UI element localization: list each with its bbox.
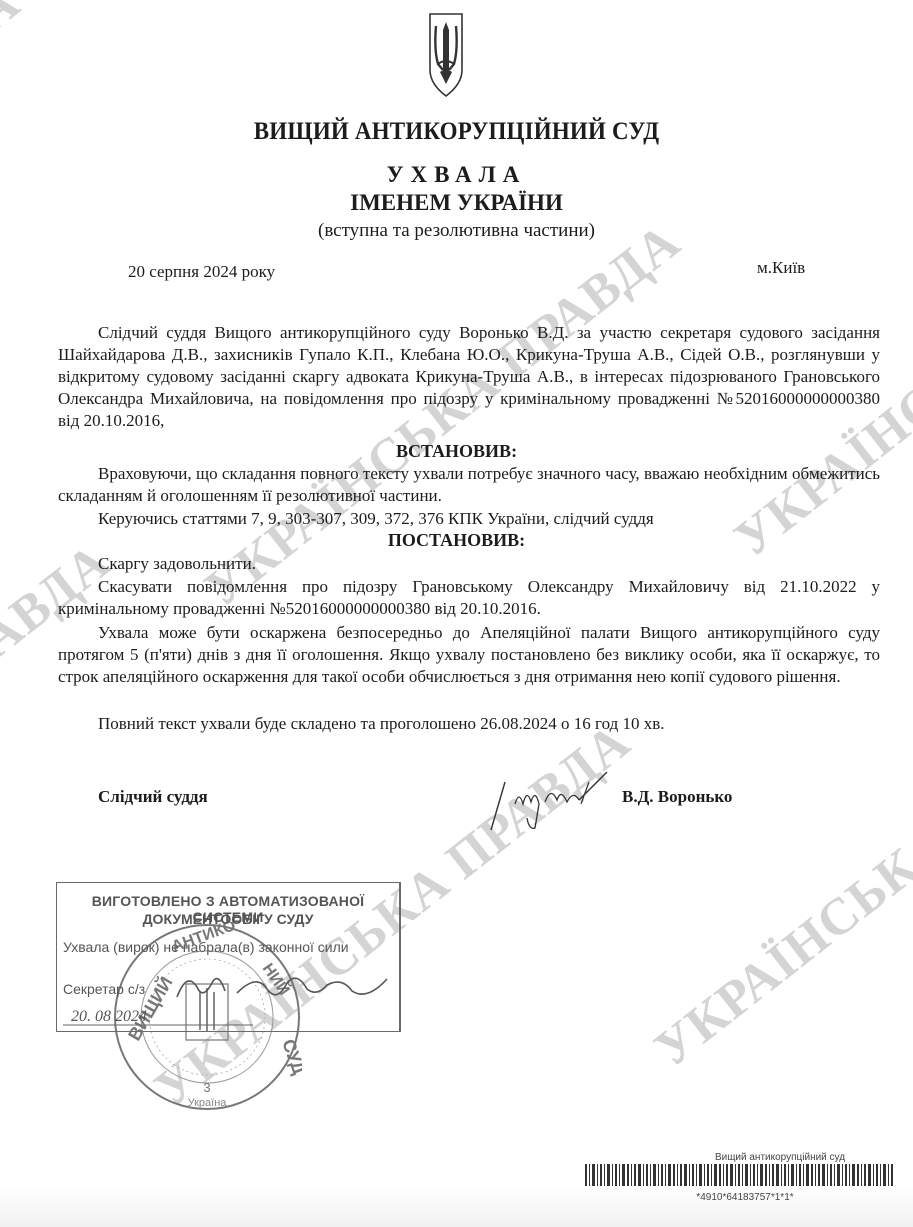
document-type: УХВАЛА [0,162,913,188]
court-name: ВИЩИЙ АНТИКОРУПЦІЙНИЙ СУД [37,118,877,146]
intro-paragraph: Слідчий суддя Вищого антикорупційного су… [58,322,880,432]
resolved-item: Скаргу задовольнити. [58,553,880,575]
svg-text:3: 3 [203,1080,210,1095]
stamp-secretary-label: Секретар с/з [63,981,145,997]
barcode-bars-icon [585,1164,895,1186]
stamp-line-3: Ухвала (вирок) не набрала(в) законної си… [63,939,349,955]
established-text: Враховуючи, що складання повного тексту … [58,463,880,507]
document-parts: (вступна та резолютивна частини) [0,220,913,242]
established-heading: ВСТАНОВИВ: [0,441,913,462]
svg-text:20. 08 2024: 20. 08 2024 [71,1008,147,1025]
barcode-title: Вищий антикорупційний суд [655,1152,905,1163]
secretary-signature-icon [167,967,397,1007]
trident-icon [428,12,464,98]
document-city: м.Київ [757,258,805,278]
judge-name: В.Д. Воронько [622,787,732,807]
in-the-name-of-ukraine: ІМЕНЕМ УКРАЇНИ [0,190,913,216]
resolved-item: Скасувати повідомлення про підозру Грано… [58,576,880,620]
guided-text: Керуючись статтями 7, 9, 303-307, 309, 3… [58,508,880,530]
document-page: УКРАЇНСЬКА ПРАВДА УКРАЇНСЬКА ПРАВДА УКРА… [0,0,913,1227]
barcode-number: *4910*64183757*1*1* [585,1192,905,1203]
resolved-item: Повний текст ухвали буде складено та про… [58,713,880,735]
signature-role: Слідчий суддя [98,787,208,807]
resolved-item: Ухвала може бути оскаржена безпосередньо… [58,622,880,688]
stamp-line-2: ДОКУМЕНТООБІГУ СУДУ [57,911,399,927]
resolved-heading: ПОСТАНОВИВ: [0,530,913,551]
handwritten-date-icon: 20. 08 2024 [63,1005,263,1027]
court-system-stamp: ВИГОТОВЛЕНО З АВТОМАТИЗОВАНОЇ СИСТЕМИ ДО… [56,882,401,1032]
document-date: 20 серпня 2024 року [128,262,275,282]
handwritten-signature-icon [485,768,615,834]
barcode: Вищий антикорупційний суд [585,1152,905,1203]
svg-text:Україна: Україна [188,1097,228,1109]
